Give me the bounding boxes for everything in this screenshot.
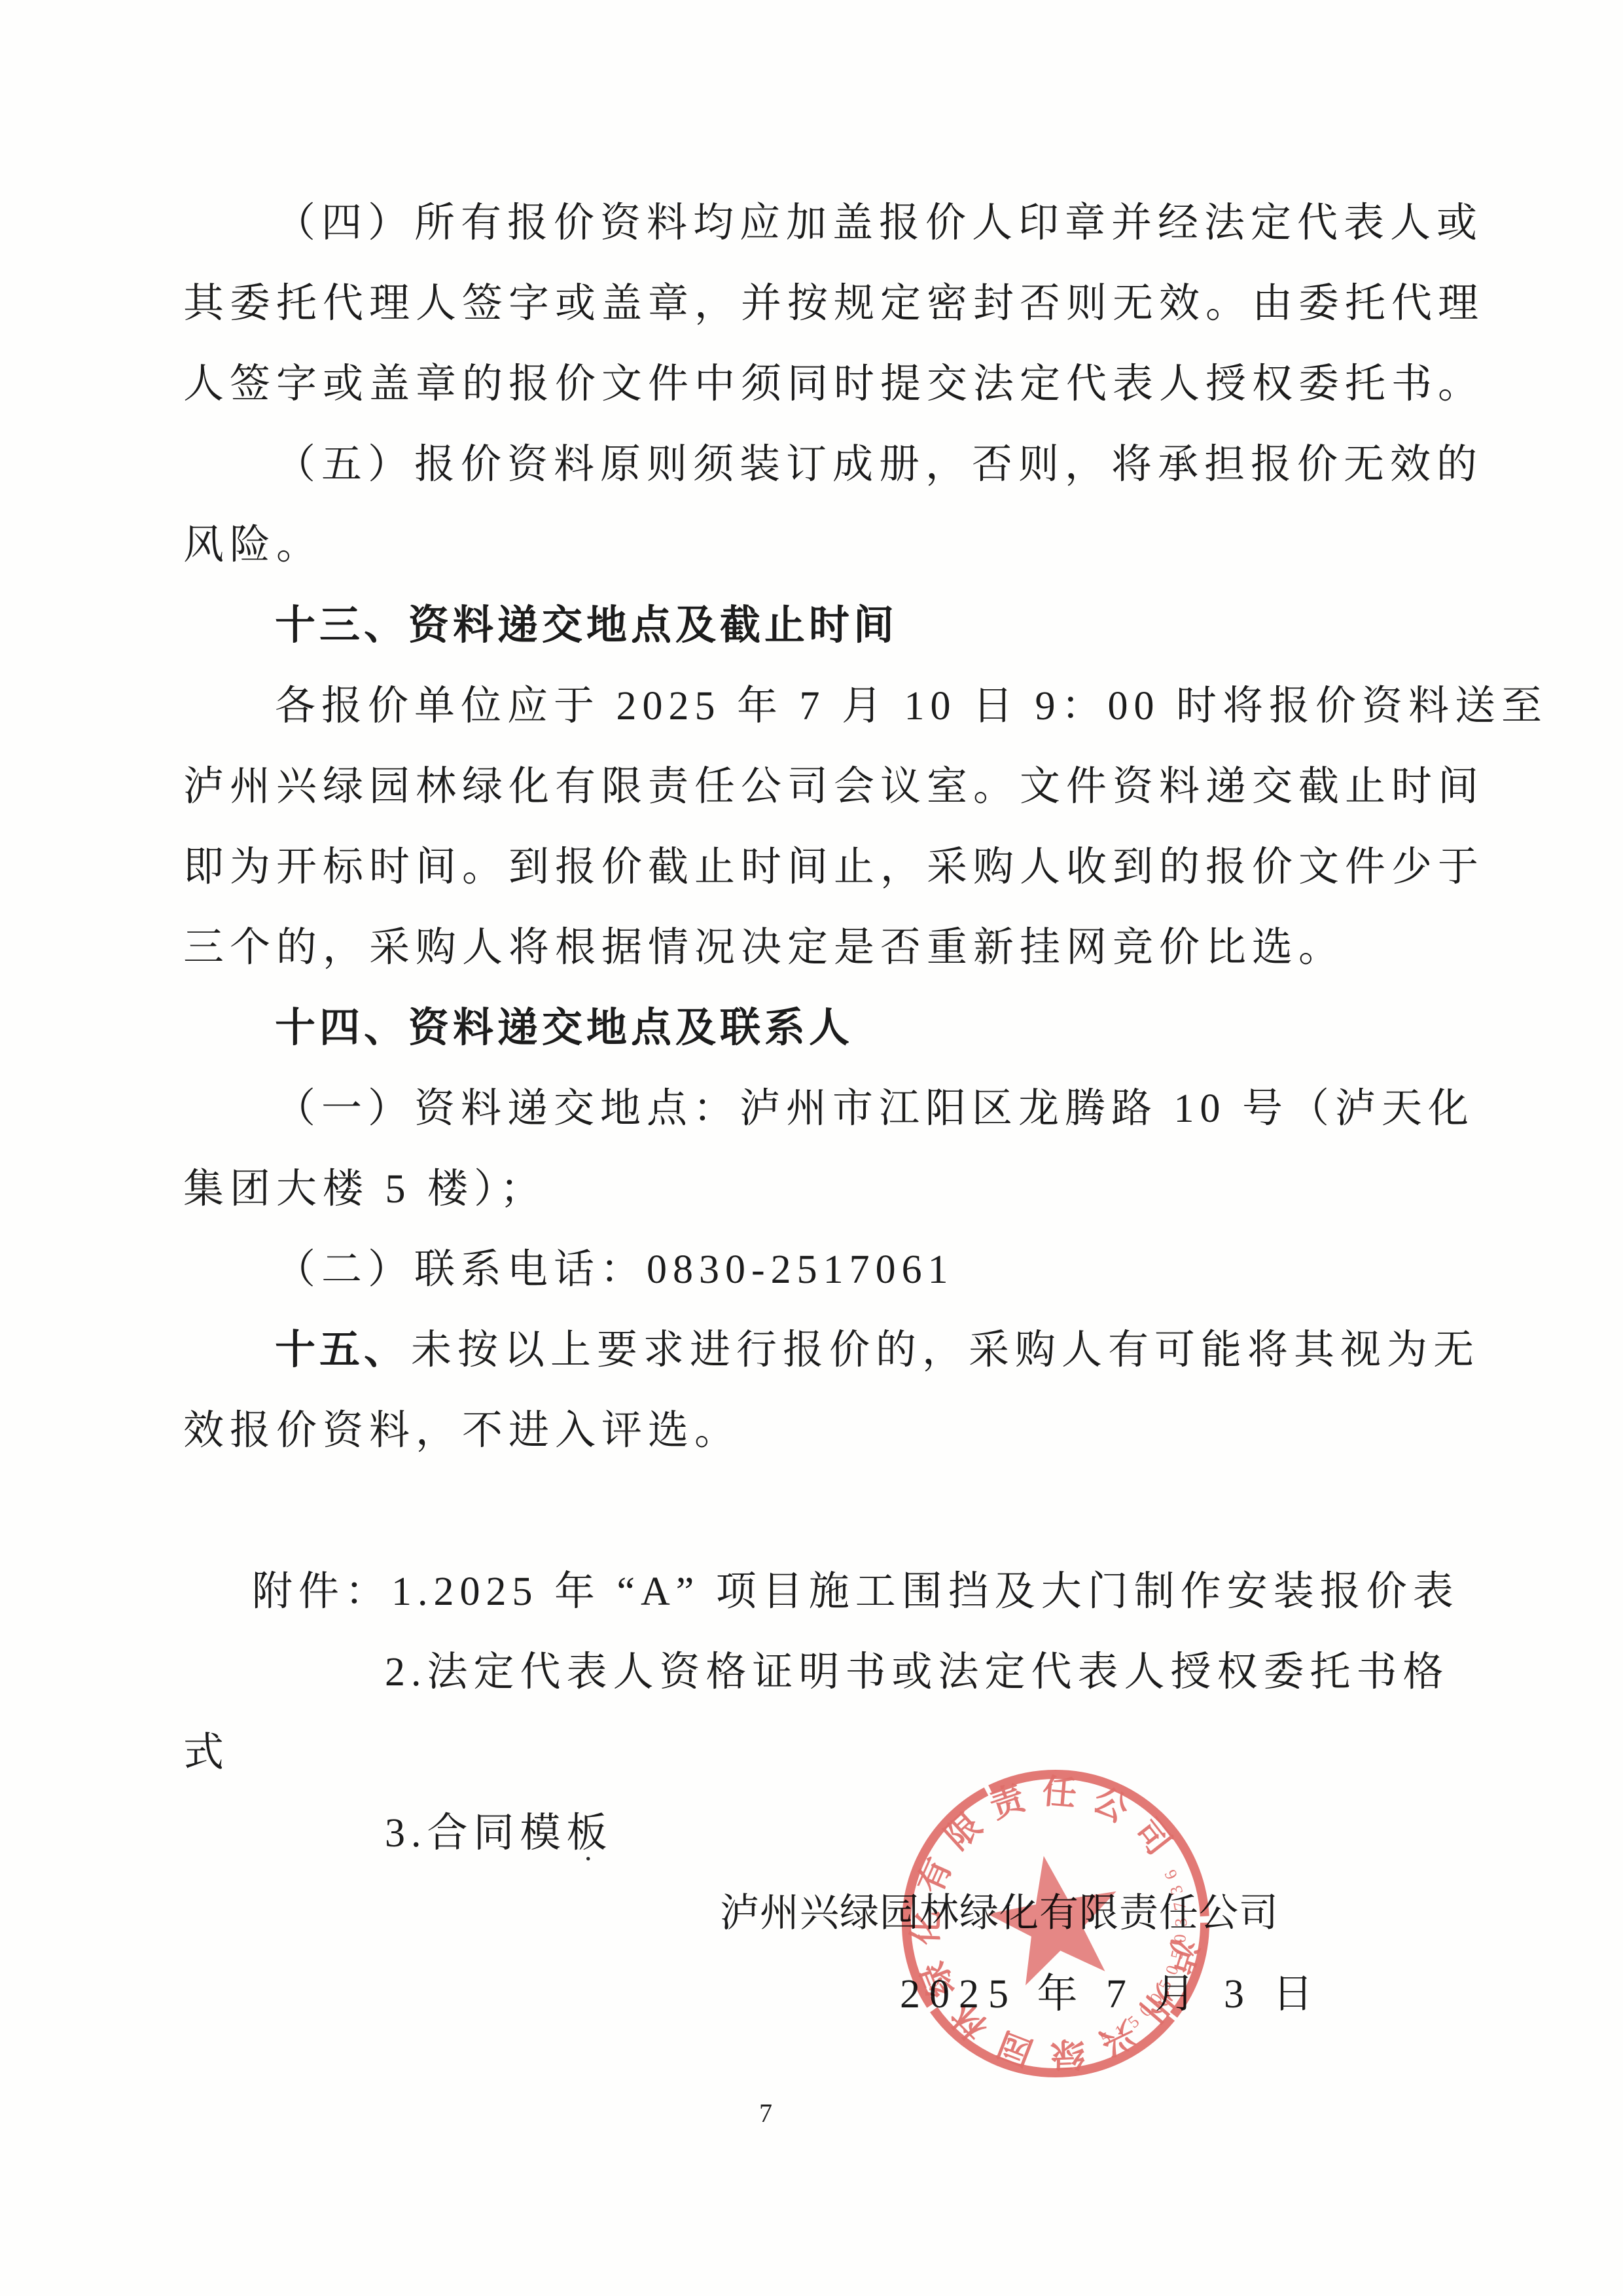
contact-phone-line: （二）联系电话：0830-2517061 xyxy=(0,1225,1623,1306)
paragraph-line: （五）报价资料原则须装订成册，否则，将承担报价无效的 xyxy=(0,420,1623,501)
page-number: 7 xyxy=(740,2098,792,2128)
paragraph-line: （一）资料递交地点：泸州市江阳区龙腾路 10 号（泸天化 xyxy=(0,1064,1623,1145)
paragraph-line: 泸州兴绿园林绿化有限责任公司会议室。文件资料递交截止时间 xyxy=(0,742,1623,823)
paragraph-line: 集团大楼 5 楼）； xyxy=(0,1145,1623,1225)
paragraph-line: （四）所有报价资料均应加盖报价人印章并经法定代表人或 xyxy=(0,179,1623,259)
signature-date: 2025 年 7 月 3 日 xyxy=(0,1950,1623,2030)
company-seal: 泸州兴绿园林绿化有限责任公司 5150050503736 xyxy=(885,1753,1226,2094)
attachment-item-2-wrap: 式 xyxy=(0,1708,1623,1789)
section-heading-15-number: 十五、 xyxy=(275,1317,408,1375)
section-heading-13: 十三、资料递交地点及截止时间 xyxy=(0,581,1623,662)
attachment-item-1: 附件：1.2025 年 “A” 项目施工围挡及大门制作安装报价表 xyxy=(0,1547,1623,1628)
document-body: （四）所有报价资料均应加盖报价人印章并经法定代表人或 其委托代理人签字或盖章，并… xyxy=(0,179,1623,2030)
paragraph-line: 人签字或盖章的报价文件中须同时提交法定代表人授权委托书。 xyxy=(0,340,1623,420)
attachment-item-2: 2.法定代表人资格证明书或法定代表人授权委托书格 xyxy=(0,1628,1623,1708)
paragraph-line: 三个的，采购人将根据情况决定是否重新挂网竞价比选。 xyxy=(0,903,1623,984)
paragraph-line: 各报价单位应于 2025 年 7 月 10 日 9：00 时将报价资料送至 xyxy=(0,662,1623,742)
paragraph-line: 即为开标时间。到报价截止时间止，采购人收到的报价文件少于 xyxy=(0,823,1623,903)
document-page: （四）所有报价资料均应加盖报价人印章并经法定代表人或 其委托代理人签字或盖章，并… xyxy=(0,0,1623,2296)
section-heading-14: 十四、资料递交地点及联系人 xyxy=(0,984,1623,1064)
signature-company: 泸州兴绿园林绿化有限责任公司 xyxy=(0,1869,1623,1950)
section-heading-15-line: 十五、未按以上要求进行报价的，采购人有可能将其视为无 xyxy=(0,1306,1623,1386)
attachment-item-3: 3.合同模板 xyxy=(0,1789,1623,1869)
paragraph-line: 其委托代理人签字或盖章，并按规定密封否则无效。由委托代理 xyxy=(0,259,1623,340)
paragraph-line: 风险。 xyxy=(0,501,1623,581)
paragraph-text: 未按以上要求进行报价的，采购人有可能将其视为无 xyxy=(411,1317,1480,1375)
stray-ink-dot: . xyxy=(584,1833,592,1867)
seal-star-icon xyxy=(988,1856,1116,1986)
blank-line xyxy=(0,1467,1623,1547)
paragraph-line: 效报价资料，不进入评选。 xyxy=(0,1386,1623,1467)
